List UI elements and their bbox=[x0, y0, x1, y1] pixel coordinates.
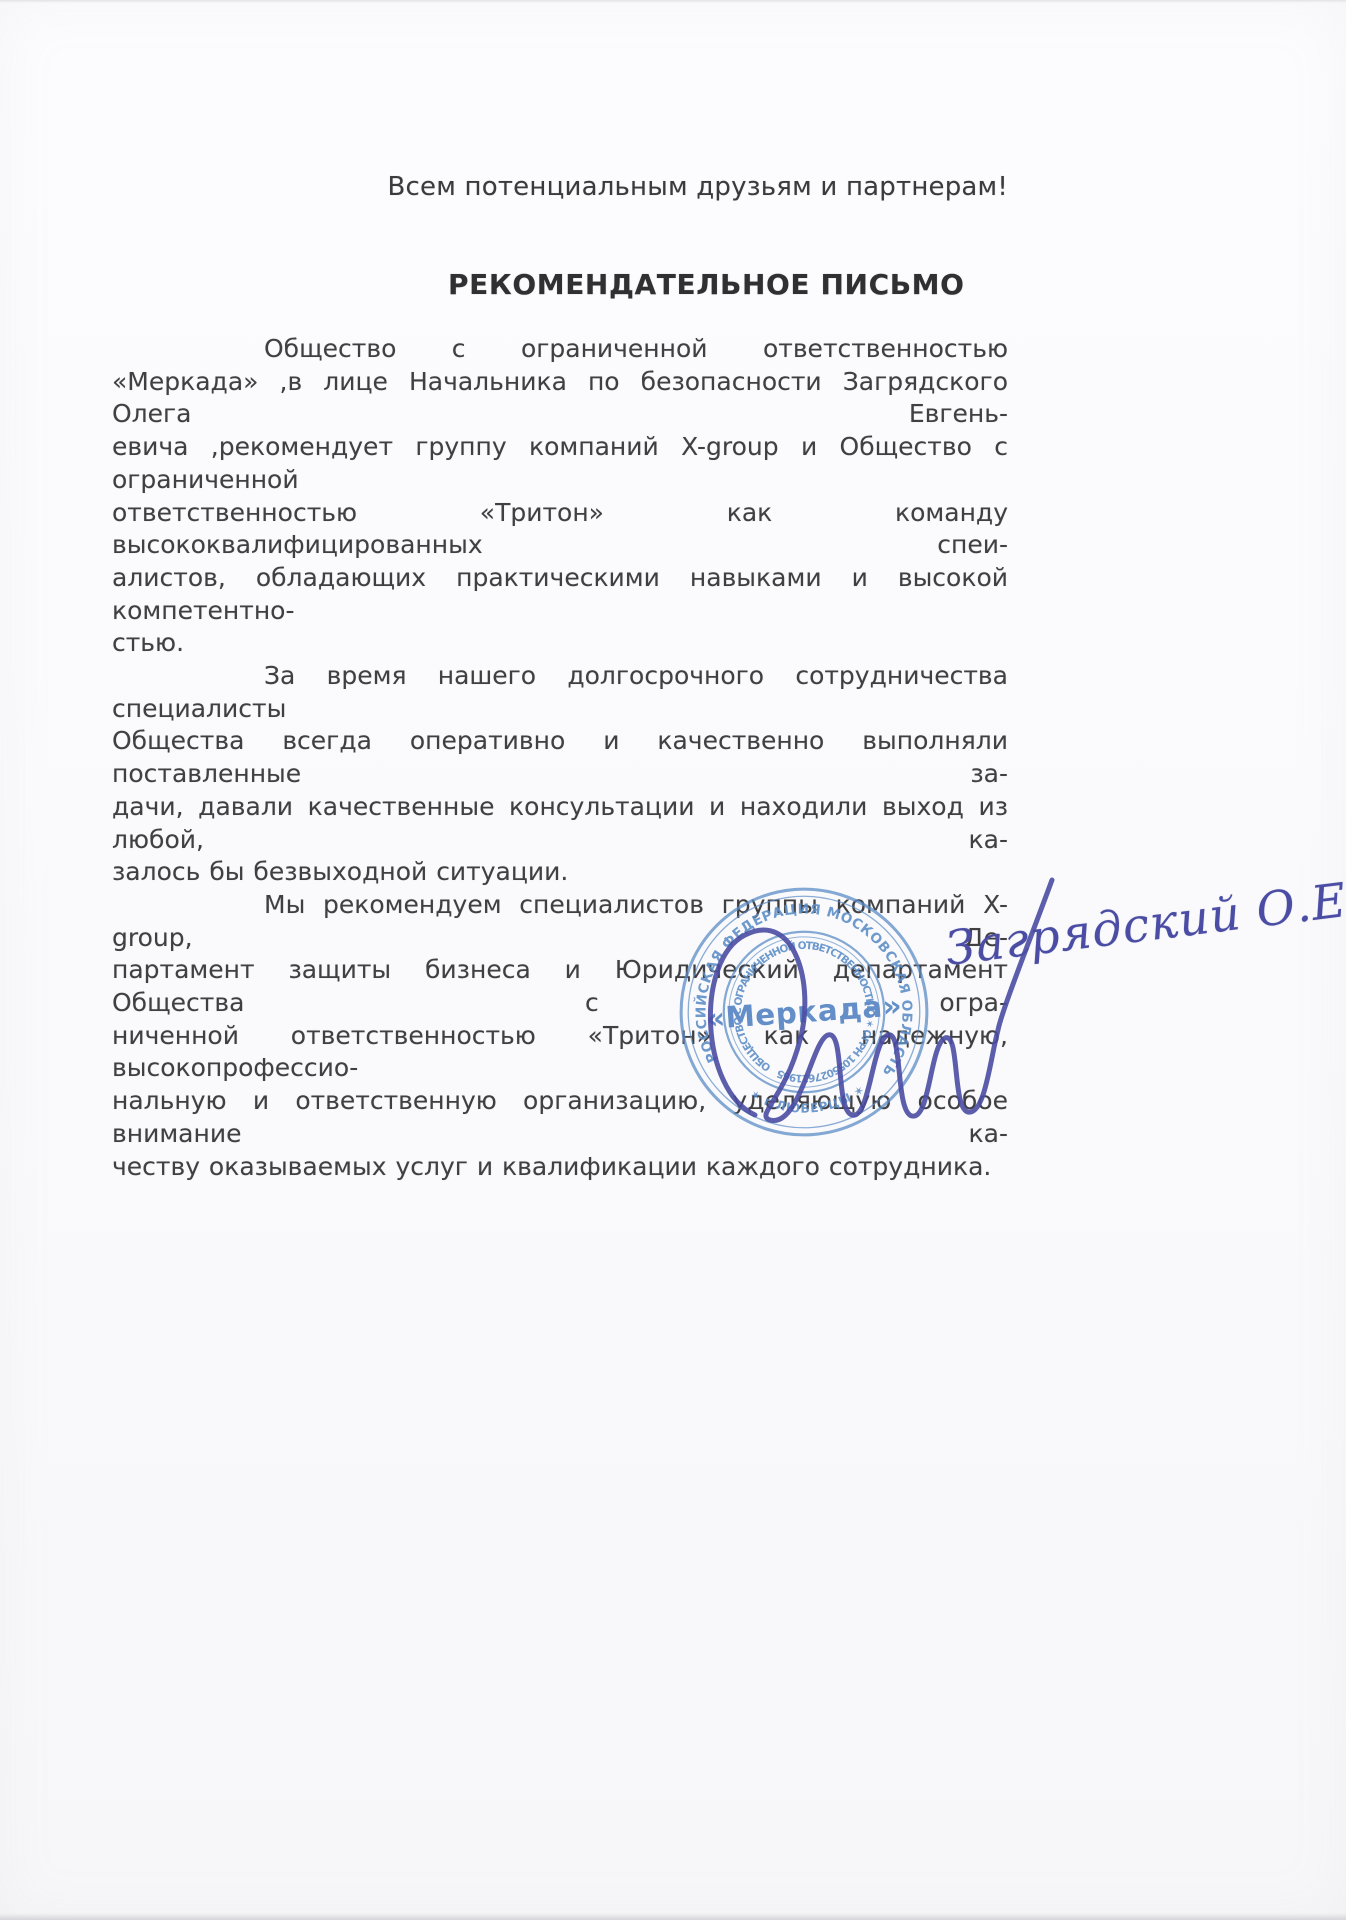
body-line: ответственностью «Тритон» как команду вы… bbox=[112, 497, 1008, 562]
body-line: стью. bbox=[112, 627, 1008, 660]
body-line: дачи, давали качественные консультации и… bbox=[112, 791, 1008, 856]
salutation-line: Всем потенциальным друзьям и партнерам! bbox=[112, 172, 1008, 202]
body-line: честву оказываемых услуг и квалификации … bbox=[112, 1151, 1008, 1184]
body-line: Общество с ограниченной ответственностью bbox=[112, 333, 1008, 366]
letter-title: РЕКОМЕНДАТЕЛЬНОЕ ПИСЬМО bbox=[448, 268, 965, 301]
scan-edge-bottom bbox=[0, 1913, 1346, 1920]
body-line: «Меркада» ,в лице Начальника по безопасн… bbox=[112, 366, 1008, 431]
body-line: евича ,рекомендует группу компаний X-gro… bbox=[112, 431, 1008, 496]
scanned-letter-page: Всем потенциальным друзьям и партнерам! … bbox=[0, 0, 1346, 1920]
body-line: алистов, обладающих практическими навыка… bbox=[112, 562, 1008, 627]
signature-scribble bbox=[650, 850, 1110, 1150]
body-line: Общества всегда оперативно и качественно… bbox=[112, 725, 1008, 790]
scan-edge-top bbox=[0, 0, 1346, 3]
body-line: За время нашего долгосрочного сотрудниче… bbox=[112, 660, 1008, 725]
